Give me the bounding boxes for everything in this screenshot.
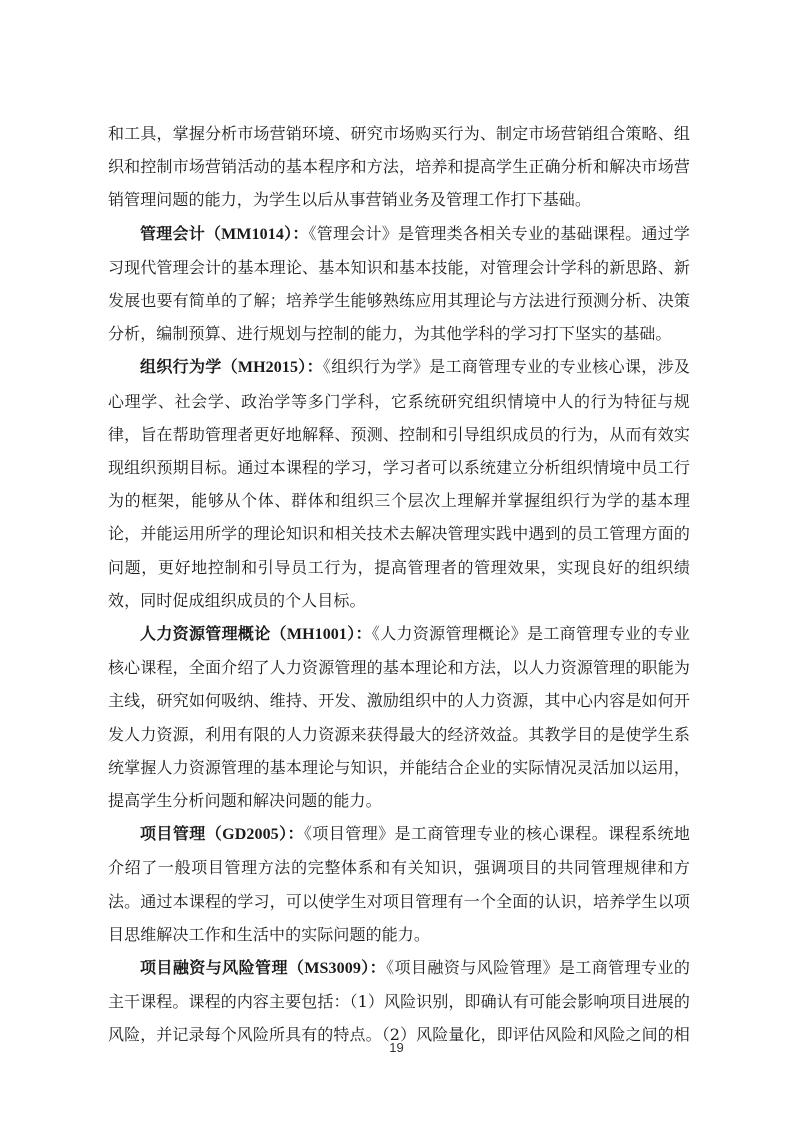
course-title: 管理会计: [140, 224, 205, 243]
course-code: （MS3009）：: [288, 960, 386, 977]
continuation-paragraph: 和工具，掌握分析市场营销环境、研究市场购买行为、制定市场营销组合策略、组织和控制…: [108, 117, 690, 217]
course-title: 人力资源管理概论: [140, 624, 271, 643]
course-description: 《组织行为学》是工商管理专业的专业核心课，涉及心理学、社会学、政治学等多门学科，…: [108, 357, 690, 609]
course-code: （MH2015）：: [222, 359, 323, 376]
course-code: （MM1014）：: [205, 226, 309, 243]
course-paragraph-project-finance-risk: 项目融资与风险管理（MS3009）：《项目融资与风险管理》是工商管理专业的主干课…: [108, 951, 690, 1052]
page-number: 19: [0, 1040, 793, 1055]
course-paragraph-management-accounting: 管理会计（MM1014）：《管理会计》是管理类各相关专业的基础课程。通过学习现代…: [108, 217, 690, 351]
course-description: 《人力资源管理概论》是工商管理专业的专业核心课程，全面介绍了人力资源管理的基本理…: [108, 624, 690, 810]
course-code: （MH1001）：: [271, 626, 372, 643]
course-paragraph-hrm: 人力资源管理概论（MH1001）：《人力资源管理概论》是工商管理专业的专业核心课…: [108, 617, 690, 817]
course-paragraph-organizational-behavior: 组织行为学（MH2015）：《组织行为学》是工商管理专业的专业核心课，涉及心理学…: [108, 350, 690, 617]
course-title: 项目管理: [140, 824, 206, 843]
course-paragraph-project-management: 项目管理（GD2005）：《项目管理》是工商管理专业的核心课程。课程系统地介绍了…: [108, 817, 690, 951]
course-title: 组织行为学: [140, 357, 222, 376]
course-code: （GD2005）：: [206, 826, 304, 843]
document-page: 和工具，掌握分析市场营销环境、研究市场购买行为、制定市场营销组合策略、组织和控制…: [108, 117, 690, 1052]
course-title: 项目融资与风险管理: [140, 958, 288, 977]
